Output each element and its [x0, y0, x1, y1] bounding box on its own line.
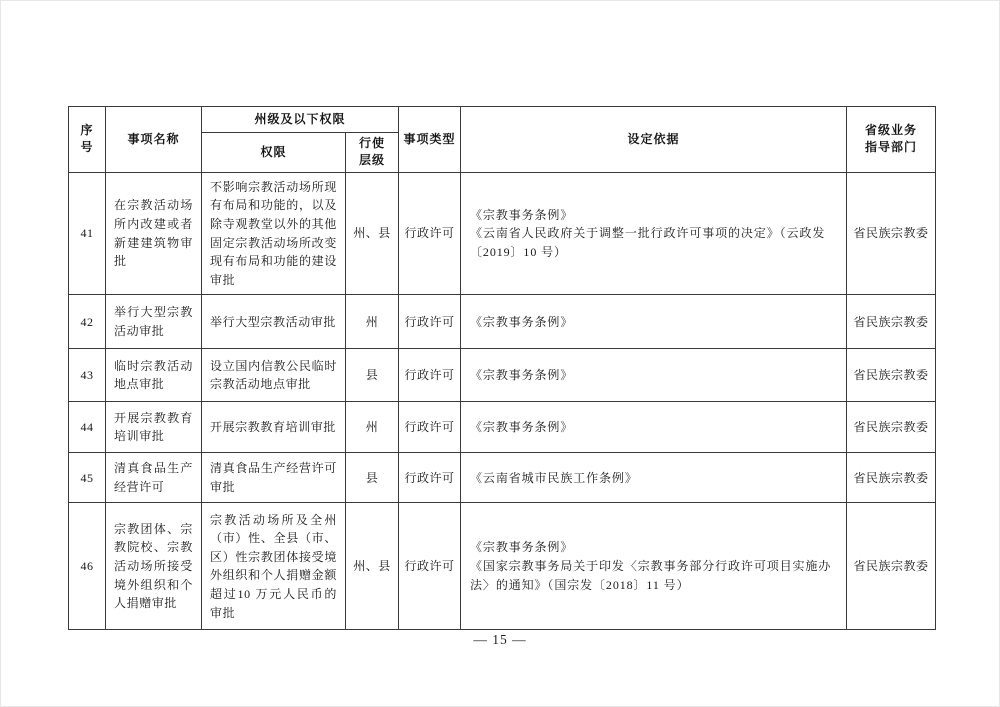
- cell-authority: 不影响宗教活动场所现有布局和功能的，以及除寺观教堂以外的其他固定宗教活动场所改变…: [202, 172, 346, 295]
- cell-item-type: 行政许可: [399, 503, 461, 630]
- header-level: 行使 层级: [346, 133, 399, 173]
- cell-item-name: 宗教团体、宗教院校、宗教活动场所接受境外组织和个人捐赠审批: [106, 503, 202, 630]
- cell-no: 42: [69, 295, 106, 349]
- cell-basis: 《宗教事务条例》: [461, 349, 847, 402]
- cell-no: 46: [69, 503, 106, 630]
- cell-authority: 举行大型宗教活动审批: [202, 295, 346, 349]
- cell-item-type: 行政许可: [399, 349, 461, 402]
- cell-item-type: 行政许可: [399, 402, 461, 453]
- cell-guidance-dept: 省民族宗教委: [847, 295, 936, 349]
- header-authority: 权限: [202, 133, 346, 173]
- table-row: 43 临时宗教活动地点审批 设立国内信教公民临时宗教活动地点审批 县 行政许可 …: [69, 349, 936, 402]
- cell-no: 44: [69, 402, 106, 453]
- cell-basis: 《宗教事务条例》 《国家宗教事务局关于印发〈宗教事务部分行政许可项目实施办法〉的…: [461, 503, 847, 630]
- cell-authority: 宗教活动场所及全州（市）性、全县（市、区）性宗教团体接受境外组织和个人捐赠金额超…: [202, 503, 346, 630]
- cell-basis: 《宗教事务条例》 《云南省人民政府关于调整一批行政许可事项的决定》（云政发〔20…: [461, 172, 847, 295]
- table-header: 序 号 事项名称 州级及以下权限 事项类型 设定依据 省级业务 指导部门 权限 …: [69, 107, 936, 173]
- table-body: 41 在宗教活动场所内改建或者新建建筑物审批 不影响宗教活动场所现有布局和功能的…: [69, 172, 936, 630]
- header-guidance-dept: 省级业务 指导部门: [847, 107, 936, 173]
- header-group-prefecture-authority: 州级及以下权限: [202, 107, 399, 133]
- cell-item-name: 举行大型宗教活动审批: [106, 295, 202, 349]
- table-row: 41 在宗教活动场所内改建或者新建建筑物审批 不影响宗教活动场所现有布局和功能的…: [69, 172, 936, 295]
- cell-authority: 设立国内信教公民临时宗教活动地点审批: [202, 349, 346, 402]
- table-row: 42 举行大型宗教活动审批 举行大型宗教活动审批 州 行政许可 《宗教事务条例》…: [69, 295, 936, 349]
- header-item-type: 事项类型: [399, 107, 461, 173]
- cell-item-name: 在宗教活动场所内改建或者新建建筑物审批: [106, 172, 202, 295]
- cell-no: 43: [69, 349, 106, 402]
- cell-level: 县: [346, 349, 399, 402]
- cell-guidance-dept: 省民族宗教委: [847, 402, 936, 453]
- cell-no: 45: [69, 453, 106, 503]
- cell-guidance-dept: 省民族宗教委: [847, 503, 936, 630]
- table-row: 46 宗教团体、宗教院校、宗教活动场所接受境外组织和个人捐赠审批 宗教活动场所及…: [69, 503, 936, 630]
- approval-items-table: 序 号 事项名称 州级及以下权限 事项类型 设定依据 省级业务 指导部门 权限 …: [68, 106, 936, 630]
- cell-guidance-dept: 省民族宗教委: [847, 349, 936, 402]
- cell-item-type: 行政许可: [399, 172, 461, 295]
- header-item-name: 事项名称: [106, 107, 202, 173]
- cell-level: 州: [346, 295, 399, 349]
- cell-no: 41: [69, 172, 106, 295]
- cell-basis: 《宗教事务条例》: [461, 402, 847, 453]
- cell-level: 县: [346, 453, 399, 503]
- cell-item-name: 开展宗教教育培训审批: [106, 402, 202, 453]
- header-no: 序 号: [69, 107, 106, 173]
- cell-item-type: 行政许可: [399, 453, 461, 503]
- cell-level: 州、县: [346, 503, 399, 630]
- cell-basis: 《宗教事务条例》: [461, 295, 847, 349]
- cell-item-name: 清真食品生产经营许可: [106, 453, 202, 503]
- header-basis: 设定依据: [461, 107, 847, 173]
- cell-level: 州、县: [346, 172, 399, 295]
- cell-item-name: 临时宗教活动地点审批: [106, 349, 202, 402]
- table-row: 45 清真食品生产经营许可 清真食品生产经营许可审批 县 行政许可 《云南省城市…: [69, 453, 936, 503]
- cell-guidance-dept: 省民族宗教委: [847, 172, 936, 295]
- cell-item-type: 行政许可: [399, 295, 461, 349]
- cell-guidance-dept: 省民族宗教委: [847, 453, 936, 503]
- cell-level: 州: [346, 402, 399, 453]
- cell-authority: 清真食品生产经营许可审批: [202, 453, 346, 503]
- document-page: 序 号 事项名称 州级及以下权限 事项类型 设定依据 省级业务 指导部门 权限 …: [0, 0, 1000, 707]
- cell-basis: 《云南省城市民族工作条例》: [461, 453, 847, 503]
- page-number: — 15 —: [1, 632, 999, 648]
- table-row: 44 开展宗教教育培训审批 开展宗教教育培训审批 州 行政许可 《宗教事务条例》…: [69, 402, 936, 453]
- cell-authority: 开展宗教教育培训审批: [202, 402, 346, 453]
